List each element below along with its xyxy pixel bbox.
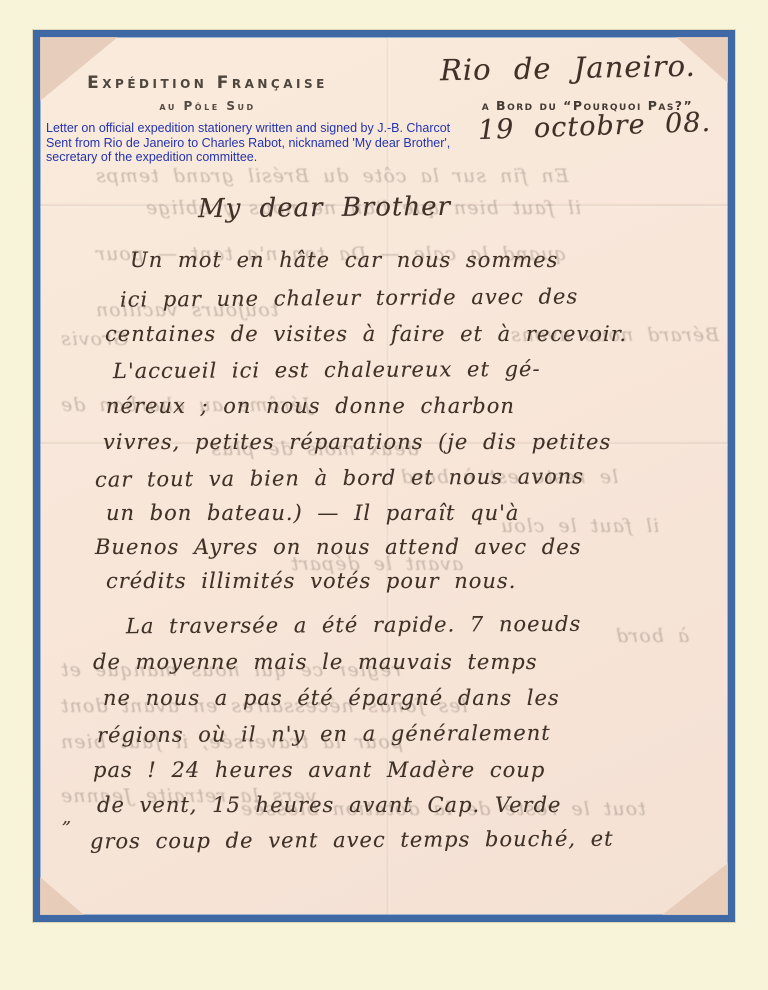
paper-corner-fold-bottom-right — [662, 863, 728, 915]
handwritten-place: Rio de Janeiro. — [440, 49, 696, 87]
letter-body-line: L'accueil ici est chaleureux et gé- — [113, 357, 541, 383]
letter-paper: En fin sur la côte du Brésil grand temps… — [40, 37, 728, 915]
letter-body-line: régions où il n'y en a généralement — [97, 721, 551, 747]
letter-body-line: centaines de visites à faire et à recevo… — [105, 322, 627, 346]
letter-body-line: gros coup de vent avec temps bouché, et — [90, 827, 614, 854]
caption-block: Letter on official expedition stationery… — [46, 121, 486, 165]
letter-body-line: pas ! 24 heures avant Madère coup — [93, 758, 545, 782]
bleedthrough-text: il faut le clou — [500, 515, 659, 537]
letter-body-line: néreux ; on nous donne charbon — [106, 394, 515, 418]
letter-body-line: vivres, petites réparations (je dis peti… — [103, 430, 611, 454]
letterhead-title: Expédition Française — [85, 73, 330, 93]
caption-line: Sent from Rio de Janeiro to Charles Rabo… — [46, 136, 486, 151]
caption-line: secretary of the expedition committee. — [46, 150, 486, 165]
bleedthrough-text: à bord — [615, 625, 689, 647]
letter-body-line: un bon bateau.) — Il paraît qu'à — [106, 501, 519, 525]
letter-body-line: de vent, 15 heures avant Cap. Verde — [97, 793, 561, 817]
blue-mount-frame: En fin sur la côte du Brésil grand temps… — [33, 30, 735, 922]
letter-body-line: crédits illimités votés pour nous. — [106, 569, 516, 593]
caption-line: Letter on official expedition stationery… — [46, 121, 486, 136]
letter-body-line: de moyenne mais le mauvais temps — [93, 650, 537, 674]
margin-ditto-mark: „ — [62, 807, 72, 828]
paper-corner-fold-bottom-left — [40, 877, 84, 915]
letter-body-line: ici par une chaleur torride avec des — [120, 284, 578, 311]
archival-photo-of-letter: En fin sur la côte du Brésil grand temps… — [0, 0, 768, 990]
letter-body-line: Buenos Ayres on nous attend avec des — [95, 535, 581, 559]
letter-body-line: La traversée a été rapide. 7 noeuds — [126, 612, 581, 638]
letterhead-subtitle: au Pôle Sud — [85, 99, 330, 113]
letter-body-line: Un mot en hâte car nous sommes — [130, 248, 558, 272]
letter-body-line: ne nous a pas été épargné dans les — [103, 686, 560, 710]
letter-body-line: car tout va bien à bord et nous avons — [95, 464, 584, 491]
bleedthrough-text: En fin sur la côte du Brésil grand temps — [95, 165, 569, 187]
salutation: My dear Brother — [198, 192, 451, 224]
